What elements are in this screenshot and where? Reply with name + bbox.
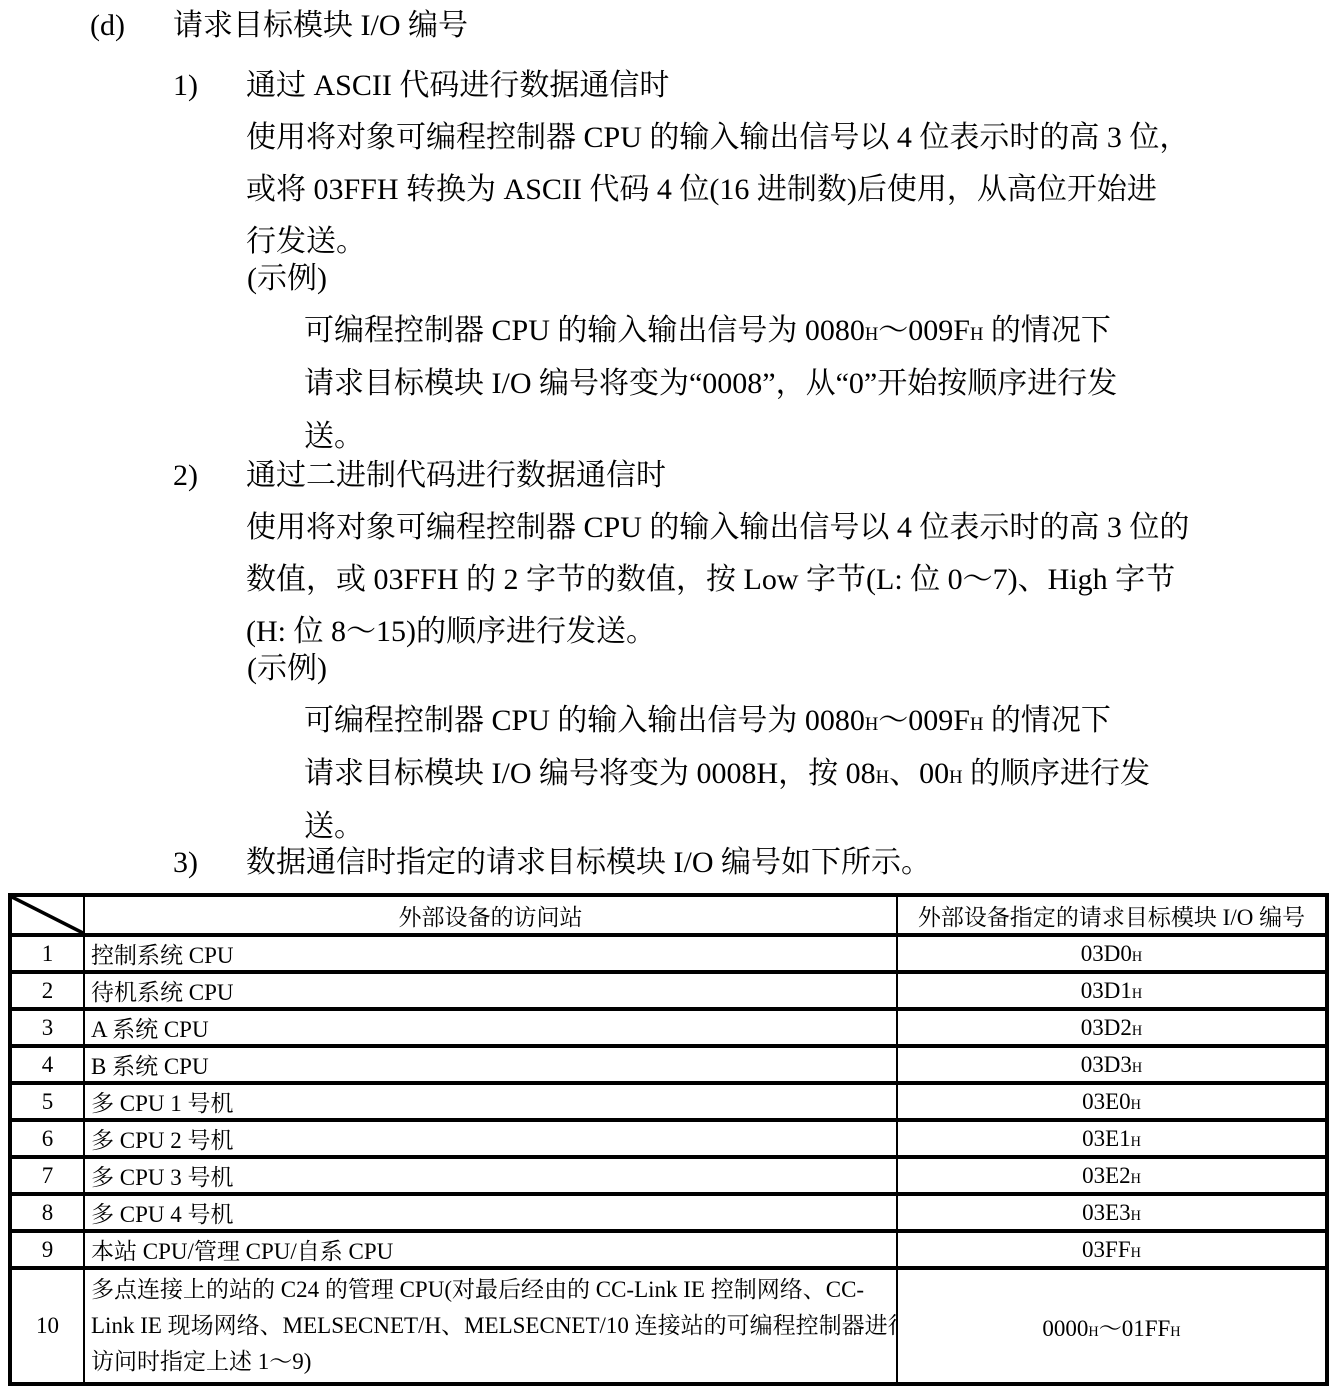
table-row-5: 5 多 CPU 1 号机 03E0H	[10, 1083, 1327, 1120]
table-row-2: 2 待机系统 CPU 03D1H	[10, 972, 1327, 1009]
access-station-line: Link IE 现场网络、MELSECNET/H、MELSECNET/10 连接…	[91, 1308, 890, 1344]
section-title: 请求目标模块 I/O 编号	[173, 8, 468, 44]
table-row-4: 4 B 系统 CPU 03D3H	[10, 1046, 1327, 1083]
row-number: 10	[10, 1268, 84, 1384]
row-number: 5	[10, 1083, 84, 1120]
table-row-1: 1 控制系统 CPU 03D0H	[10, 935, 1327, 972]
row-number: 9	[10, 1231, 84, 1268]
item3-number: 3)	[173, 845, 198, 881]
io-number: 03E2H	[897, 1157, 1327, 1194]
row-number: 7	[10, 1157, 84, 1194]
io-number: 03D1H	[897, 972, 1327, 1009]
item2-body-line: 数值，或 03FFH 的 2 字节的数值，按 Low 字节(L: 位 0～7)、…	[246, 562, 1175, 598]
item1-body-line: 使用将对象可编程控制器 CPU 的输入输出信号以 4 位表示时的高 3 位，	[246, 120, 1189, 156]
io-number: 0000H～01FFH	[897, 1268, 1327, 1384]
item2-title: 通过二进制代码进行数据通信时	[246, 458, 666, 494]
access-station-line: 多点连接上的站的 C24 的管理 CPU(对最后经由的 CC-Link IE 控…	[91, 1272, 890, 1308]
item2-body-line: (H: 位 8～15)的顺序进行发送。	[246, 614, 656, 650]
io-number: 03E0H	[897, 1083, 1327, 1120]
item1-example-label: (示例)	[247, 261, 327, 297]
io-number-table: 外部设备的访问站 外部设备指定的请求目标模块 I/O 编号 1 控制系统 CPU…	[8, 893, 1329, 1386]
io-number: 03D2H	[897, 1009, 1327, 1046]
item3-title: 数据通信时指定的请求目标模块 I/O 编号如下所示。	[246, 845, 931, 881]
item1-body-line: 或将 03FFH 转换为 ASCII 代码 4 位(16 进制数)后使用，从高位…	[246, 172, 1157, 208]
item2-number: 2)	[173, 458, 198, 494]
access-station: B 系统 CPU	[84, 1046, 897, 1083]
item2-example-line: 可编程控制器 CPU 的输入输出信号为 0080H～009FH 的情况下	[304, 703, 1111, 743]
row-number: 6	[10, 1120, 84, 1157]
table-header-row: 外部设备的访问站 外部设备指定的请求目标模块 I/O 编号	[10, 895, 1327, 935]
col-header-access-station: 外部设备的访问站	[84, 895, 897, 935]
access-station: 多 CPU 4 号机	[84, 1194, 897, 1231]
table-row-3: 3 A 系统 CPU 03D2H	[10, 1009, 1327, 1046]
table-row-8: 8 多 CPU 4 号机 03E3H	[10, 1194, 1327, 1231]
access-station: 多 CPU 1 号机	[84, 1083, 897, 1120]
io-number: 03E1H	[897, 1120, 1327, 1157]
item2-example-label: (示例)	[247, 651, 327, 687]
item2-example-line: 送。	[304, 809, 364, 845]
col-header-io-number: 外部设备指定的请求目标模块 I/O 编号	[897, 895, 1327, 935]
access-station: 多 CPU 2 号机	[84, 1120, 897, 1157]
item1-example-line: 请求目标模块 I/O 编号将变为“0008”，从“0”开始按顺序进行发	[304, 366, 1117, 402]
row-number: 1	[10, 935, 84, 972]
item1-body-line: 行发送。	[246, 224, 366, 260]
table-row-7: 7 多 CPU 3 号机 03E2H	[10, 1157, 1327, 1194]
io-number: 03FFH	[897, 1231, 1327, 1268]
table-row-10: 10 多点连接上的站的 C24 的管理 CPU(对最后经由的 CC-Link I…	[10, 1268, 1327, 1384]
section-label: (d)	[90, 8, 125, 44]
item1-example-line: 可编程控制器 CPU 的输入输出信号为 0080H～009FH 的情况下	[304, 313, 1111, 353]
io-number: 03E3H	[897, 1194, 1327, 1231]
access-station: 控制系统 CPU	[84, 935, 897, 972]
item2-body-line: 使用将对象可编程控制器 CPU 的输入输出信号以 4 位表示时的高 3 位的	[246, 510, 1189, 546]
row-number: 4	[10, 1046, 84, 1083]
item1-number: 1)	[173, 68, 198, 104]
item1-example-line: 送。	[304, 419, 364, 455]
item1-title: 通过 ASCII 代码进行数据通信时	[246, 68, 669, 104]
access-station: 待机系统 CPU	[84, 972, 897, 1009]
access-station-line: 访问时指定上述 1～9)	[91, 1344, 890, 1380]
table-row-6: 6 多 CPU 2 号机 03E1H	[10, 1120, 1327, 1157]
access-station: 本站 CPU/管理 CPU/自系 CPU	[84, 1231, 897, 1268]
row-number: 8	[10, 1194, 84, 1231]
diagonal-line	[12, 897, 83, 933]
row-number: 2	[10, 972, 84, 1009]
io-number: 03D0H	[897, 935, 1327, 972]
access-station: 多点连接上的站的 C24 的管理 CPU(对最后经由的 CC-Link IE 控…	[84, 1268, 897, 1384]
table-row-9: 9 本站 CPU/管理 CPU/自系 CPU 03FFH	[10, 1231, 1327, 1268]
row-number: 3	[10, 1009, 84, 1046]
document-page: (d) 请求目标模块 I/O 编号 1) 通过 ASCII 代码进行数据通信时 …	[0, 0, 1334, 1394]
io-number: 03D3H	[897, 1046, 1327, 1083]
item2-example-line: 请求目标模块 I/O 编号将变为 0008H，按 08H、00H 的顺序进行发	[304, 756, 1150, 796]
table-corner-cell	[10, 895, 84, 935]
access-station: A 系统 CPU	[84, 1009, 897, 1046]
access-station: 多 CPU 3 号机	[84, 1157, 897, 1194]
